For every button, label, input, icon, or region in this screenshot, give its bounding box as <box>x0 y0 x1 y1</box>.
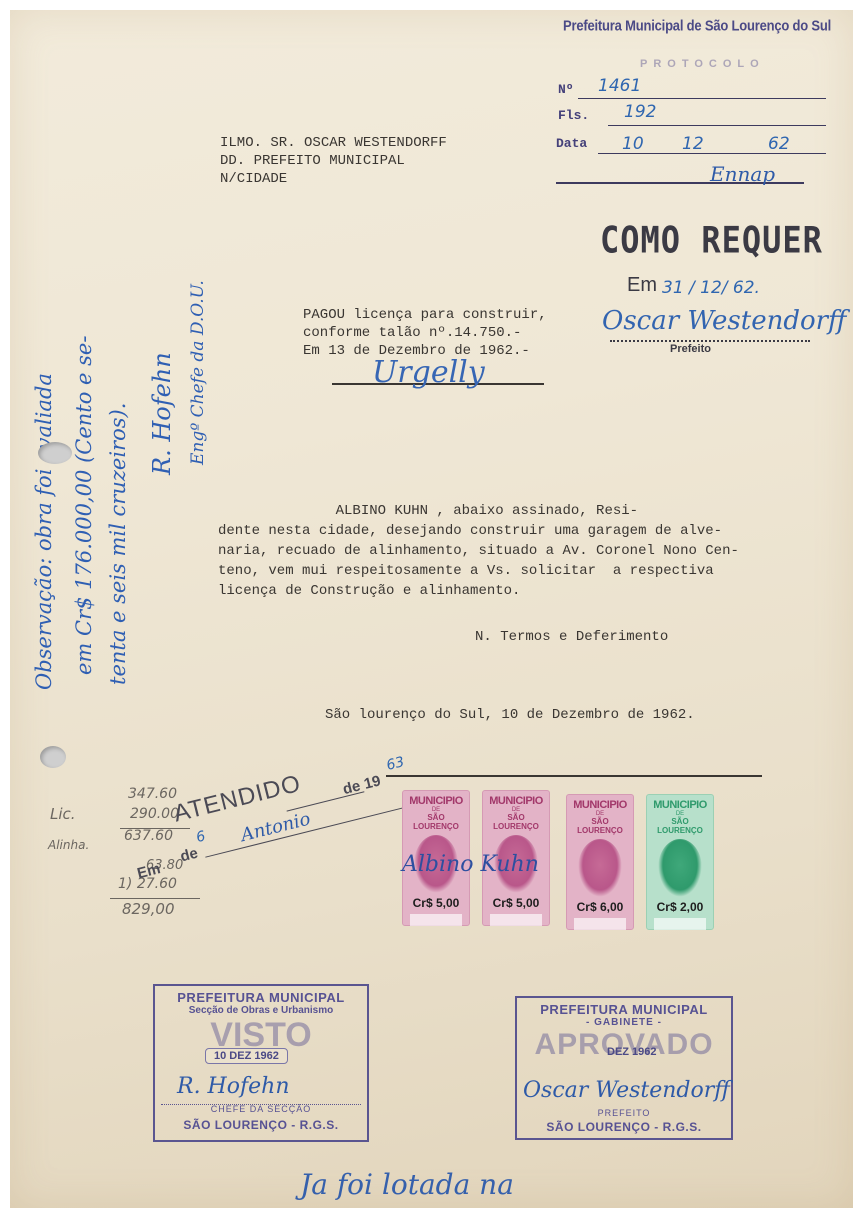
payment-line-2: conforme talão nº.14.750.- <box>303 324 521 342</box>
tax-stamp-value: Cr$ 5,00 <box>486 896 546 910</box>
body-line-3: naria, recuado de alinhamento, situado a… <box>218 542 739 560</box>
margin-note-line-1: Observação: obra foi avaliada <box>32 373 56 690</box>
tax-stamp-4: MUNICIPIO DE SÃO LOURENÇO Cr$ 2,00 <box>646 794 714 930</box>
protocol-date-line <box>598 153 826 154</box>
applicant-signature-line <box>386 775 762 777</box>
atendido-em-label: Em <box>135 860 162 882</box>
addressee-line-3: N/CIDADE <box>220 170 287 188</box>
header-stamp-subtitle: PROTOCOLO <box>640 58 765 70</box>
tax-stamp-3: MUNICIPIO DE SÃO LOURENÇO Cr$ 6,00 <box>566 794 634 930</box>
payment-signature: Urgelly <box>372 355 485 390</box>
obras-chief-signature: R. Hofehn <box>177 1074 289 1099</box>
margin-note-line-3: tenta e seis mil cruzeiros). <box>106 403 130 685</box>
pencil-value-6: 829,00 <box>122 900 175 918</box>
mayor-signature-line <box>610 340 810 342</box>
tax-stamp-city: SÃO LOURENÇO <box>650 817 710 835</box>
closing-line: N. Termos e Deferimento <box>475 628 668 646</box>
tax-stamp-city: SÃO LOURENÇO <box>570 817 630 835</box>
protocol-folio-line <box>608 125 826 126</box>
tax-stamp-value: Cr$ 5,00 <box>406 896 466 910</box>
tax-stamp-blank <box>574 918 626 930</box>
gabinete-stamp-date: DEZ 1962 <box>607 1046 657 1058</box>
obras-stamp-overlay: VISTO <box>155 1018 367 1052</box>
protocol-date-month: 12 <box>682 134 704 154</box>
tax-stamp-city: SÃO LOURENÇO <box>486 813 546 831</box>
margin-note-signature: R. Hofehn <box>148 352 176 475</box>
punch-hole-top <box>38 442 72 464</box>
portrait-icon <box>578 839 622 897</box>
tax-stamp-title: MUNICIPIO <box>486 795 546 807</box>
body-line-2: dente nesta cidade, desejando construir … <box>218 522 722 540</box>
protocol-date-label: Data <box>556 136 587 151</box>
tax-stamp-title: MUNICIPIO <box>650 799 710 811</box>
obras-stamp-title: PREFEITURA MUNICIPAL <box>155 990 367 1005</box>
addressee-line-1: ILMO. SR. OSCAR WESTENDORFF <box>220 134 447 152</box>
decision-stamp-text: COMO REQUER <box>600 218 823 262</box>
mayor-role: Prefeito <box>670 343 711 355</box>
protocol-folio-label: Fls. <box>558 108 589 123</box>
place-date-line: São lourenço do Sul, 10 de Dezembro de 1… <box>325 706 695 724</box>
protocol-folio-value: 192 <box>624 102 656 122</box>
pencil-label-lic: Lic. <box>50 805 76 823</box>
tax-stamp-blank <box>654 918 706 930</box>
applicant-signature: Albino Kuhn <box>402 852 539 877</box>
pencil-total-line <box>110 898 200 899</box>
gabinete-stamp-dept: - GABINETE - <box>517 1017 731 1028</box>
tax-stamp-city: SÃO LOURENÇO <box>406 813 466 831</box>
atendido-year-suffix: 63 <box>385 754 406 774</box>
tax-stamp-title: MUNICIPIO <box>570 799 630 811</box>
tax-stamp-value: Cr$ 2,00 <box>650 900 710 914</box>
gabinete-stamp-title: PREFEITURA MUNICIPAL <box>517 1002 731 1017</box>
gabinete-stamp: PREFEITURA MUNICIPAL - GABINETE - APROVA… <box>515 996 733 1140</box>
obras-stamp: PREFEITURA MUNICIPAL Secção de Obras e U… <box>153 984 369 1142</box>
gabinete-stamp-city: SÃO LOURENÇO - R.G.S. <box>517 1120 731 1134</box>
protocol-date-day: 10 <box>622 134 644 154</box>
payment-line-1: PAGOU licença para construir, <box>303 306 547 324</box>
gabinete-stamp-role: PREFEITO <box>517 1108 731 1118</box>
atendido-stamp: ATENDIDO de 19 63 Em de 6 Antonio <box>118 726 424 893</box>
mayor-signature: Oscar Westendorff <box>602 306 846 336</box>
atendido-day: 6 <box>195 828 208 846</box>
decision-em-date: 31 / 12/ 62. <box>662 278 760 298</box>
protocol-signature: Ennap <box>710 162 775 186</box>
footer-handwritten-note: Ja foi lotada na <box>300 1168 514 1201</box>
tax-stamp-blank <box>490 914 542 926</box>
pencil-label-alinha: Alinha. <box>48 838 89 852</box>
atendido-year-prefix: de 19 <box>341 772 382 798</box>
obras-stamp-dept: Secção de Obras e Urbanismo <box>155 1005 367 1016</box>
decision-em-label: Em <box>627 274 657 297</box>
tax-stamp-title: MUNICIPIO <box>406 795 466 807</box>
body-line-1: ALBINO KUHN , abaixo assinado, Resi- <box>218 502 638 520</box>
body-line-5: licença de Construção e alinhamento. <box>218 582 520 600</box>
portrait-icon <box>658 839 702 897</box>
margin-note-role: Engº Chefe da D.O.U. <box>188 280 208 465</box>
addressee-line-2: DD. PREFEITO MUNICIPAL <box>220 152 405 170</box>
body-line-4: teno, vem mui respeitosamente a Vs. soli… <box>218 562 714 580</box>
tax-stamp-value: Cr$ 6,00 <box>570 900 630 914</box>
margin-note-line-2: em Cr$ 176.000,00 (Cento e se- <box>72 336 96 675</box>
protocol-number-value: 1461 <box>598 76 641 96</box>
obras-stamp-date: 10 DEZ 1962 <box>205 1048 288 1064</box>
document-page: Prefeitura Municipal de São Lourenço do … <box>10 10 853 1208</box>
protocol-number-line <box>578 98 826 99</box>
punch-hole-bottom <box>40 746 66 768</box>
obras-stamp-role: CHEFE DA SECÇÃO <box>155 1104 367 1114</box>
gabinete-mayor-signature: Oscar Westendorff <box>523 1078 730 1103</box>
protocol-number-label: Nº <box>558 82 574 97</box>
header-office-stamp: Prefeitura Municipal de São Lourenço do … <box>563 17 831 34</box>
obras-stamp-city: SÃO LOURENÇO - R.G.S. <box>155 1118 367 1132</box>
atendido-de-label: de <box>179 845 200 866</box>
tax-stamp-blank <box>410 914 462 926</box>
protocol-date-year: 62 <box>768 134 790 154</box>
atendido-signature: Antonio <box>239 809 313 847</box>
